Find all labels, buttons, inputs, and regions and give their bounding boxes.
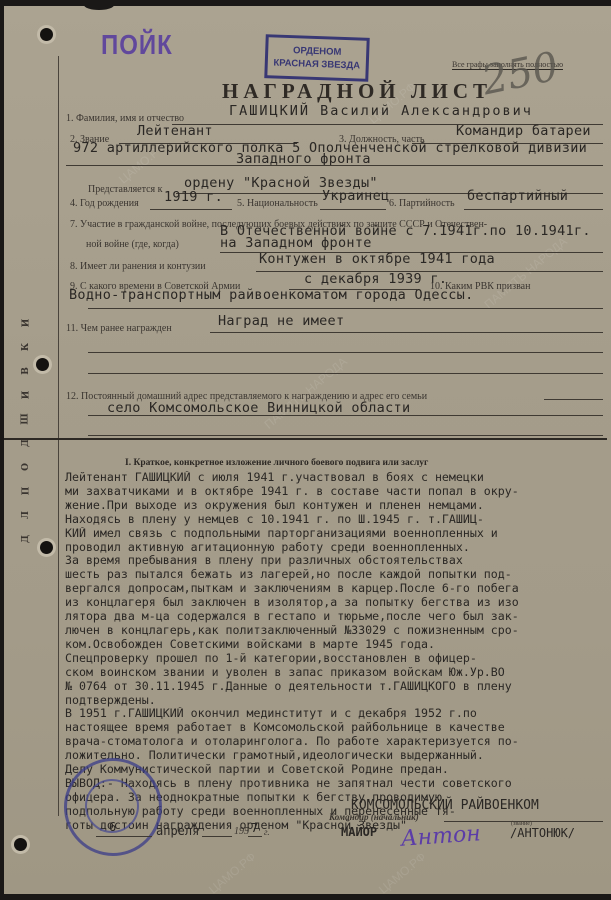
- commander-label: Командир (начальник): [329, 812, 419, 822]
- field-8-label: 8. Имеет ли ранения и контузии: [70, 261, 206, 272]
- stamp-order-red-star: ОРДЕНОМ КРАСНАЯ ЗВЕЗДА: [264, 34, 369, 82]
- underline: [66, 165, 603, 166]
- field-10-value: Водно-транспортным райвоенкоматом города…: [69, 287, 474, 303]
- round-official-stamp: [64, 758, 162, 856]
- body-line: КИЙ имел связь с подпольными парторганиз…: [65, 527, 611, 541]
- field-7-value-line2: на Западном фронте: [220, 235, 372, 251]
- field-7-label-line2: ной войне (где, когда): [86, 239, 179, 250]
- underline: [202, 836, 232, 837]
- stamp-poyk: ПОЙК: [101, 30, 173, 62]
- date-g: г.: [264, 827, 270, 837]
- body-line: лючен в концлагерь,как политзаключенный …: [65, 624, 611, 638]
- field-3-value-line1: Командир батареи: [456, 123, 591, 139]
- body-line: ложительно. Политически грамотный,идеоло…: [65, 749, 611, 763]
- underline: [88, 373, 603, 374]
- body-line: Спецпроверку прошел по 1-й категории,вос…: [65, 652, 611, 666]
- body-line: ском воинском звании и уволен в запас пр…: [65, 666, 611, 680]
- field-5-label: 5. Национальность: [237, 198, 318, 209]
- date-day: 6: [109, 820, 116, 834]
- punch-hole: [40, 541, 53, 554]
- field-6-value: беспартийный: [467, 188, 568, 204]
- rank-value: МАЙОР: [341, 825, 377, 839]
- paper-tear: [84, 0, 114, 10]
- field-4-label: 4. Год рождения: [70, 198, 139, 209]
- award-sheet-document: И К В И Ш Д О П Л Д ЦАМО.РФ ЦАМО.РФ ПАМЯ…: [4, 6, 611, 894]
- watermark: ЦАМО.РФ: [206, 849, 258, 896]
- body-line: проводил активную агитационную работу ср…: [65, 541, 611, 555]
- body-line: жение.При выходе из окружения был контуж…: [65, 499, 611, 513]
- body-line: ми захватчиками и в октябре 1941 г. в со…: [65, 485, 611, 499]
- field-1-value: ГАШИЦКИЙ Василий Александрович: [229, 103, 533, 119]
- field-4-value: 1919 г.: [164, 189, 223, 205]
- binding-side-label: И К В И Ш Д О П Л Д: [16, 316, 36, 546]
- underline: [88, 415, 603, 416]
- underline: [88, 435, 603, 436]
- underline: [96, 836, 152, 837]
- punch-hole: [14, 838, 27, 851]
- watermark: ЦАМО.РФ: [376, 849, 428, 896]
- field-11-value: Наград не имеет: [218, 313, 344, 329]
- field-9-value: с декабря 1939 г.: [304, 271, 447, 287]
- body-line: врача-стоматолога и отоларинголога. По р…: [65, 735, 611, 749]
- body-line: № 0764 от 30.11.1945 г.Данные о деятельн…: [65, 680, 611, 694]
- punch-hole: [40, 28, 53, 41]
- field-8-value: Контужен в октябре 1941 года: [259, 251, 495, 267]
- date-year-suffix: 7: [251, 821, 258, 835]
- date-year-prefix: 195: [234, 826, 249, 837]
- body-line: вергался допросам,пыткам и заключениям в…: [65, 582, 611, 596]
- body-line: настоящее время работает в Комсомольской…: [65, 721, 611, 735]
- date-month: апреля: [156, 824, 199, 838]
- body-line: шесть раз пытался бежать из лагерей,но п…: [65, 568, 611, 582]
- field-12-value: село Комсомольское Винницкой области: [107, 400, 410, 416]
- body-line: лятора два м-ца содержался в гестапо и т…: [65, 610, 611, 624]
- body-line: Находясь в плену у немцев с 10.1941 г. п…: [65, 513, 611, 527]
- binding-margin-line: [58, 56, 59, 816]
- document-title: НАГРАДНОЙ ЛИСТ: [222, 79, 492, 104]
- signatory-name: /АНТОНЮК/: [510, 826, 575, 840]
- field-5-value: Украинец: [322, 188, 389, 204]
- punch-hole: [36, 358, 49, 371]
- presented-label: Представляется к: [88, 184, 163, 195]
- underline: [464, 209, 603, 210]
- body-line: В 1951 г.ГАШИЦКИЙ окончил мединститут и …: [65, 707, 611, 721]
- signatory-office: КОМСОМОЛЬСКИЙ РАЙВОЕНКОМ: [351, 798, 539, 813]
- field-11-label: 11. Чем ранее награжден: [66, 323, 172, 334]
- underline: [320, 209, 386, 210]
- underline: [210, 332, 603, 333]
- field-2-value: Лейтенант: [137, 123, 213, 139]
- underline: [88, 352, 603, 353]
- field-6-label: 6. Партийность: [389, 198, 455, 209]
- underline: [544, 399, 603, 400]
- watermark: ПАМЯТЬ НАРОДА: [482, 234, 570, 311]
- handwritten-signature: Антон: [400, 821, 481, 852]
- section-1-title: I. Краткое, конкретное изложение личного…: [125, 458, 428, 468]
- underline: [150, 209, 232, 210]
- body-line: ком.Освобожден Советскими войсками в мар…: [65, 638, 611, 652]
- body-line: За время пребывания в плену при различны…: [65, 554, 611, 568]
- body-line: из концлагеря был заключен в изолятор,а …: [65, 596, 611, 610]
- section-divider: [4, 438, 607, 440]
- underline: [248, 836, 262, 837]
- body-line: подтверждены.: [65, 694, 611, 708]
- body-line: Лейтенант ГАШИЦКИЙ с июля 1941 г.участво…: [65, 471, 611, 485]
- underline: [88, 308, 603, 309]
